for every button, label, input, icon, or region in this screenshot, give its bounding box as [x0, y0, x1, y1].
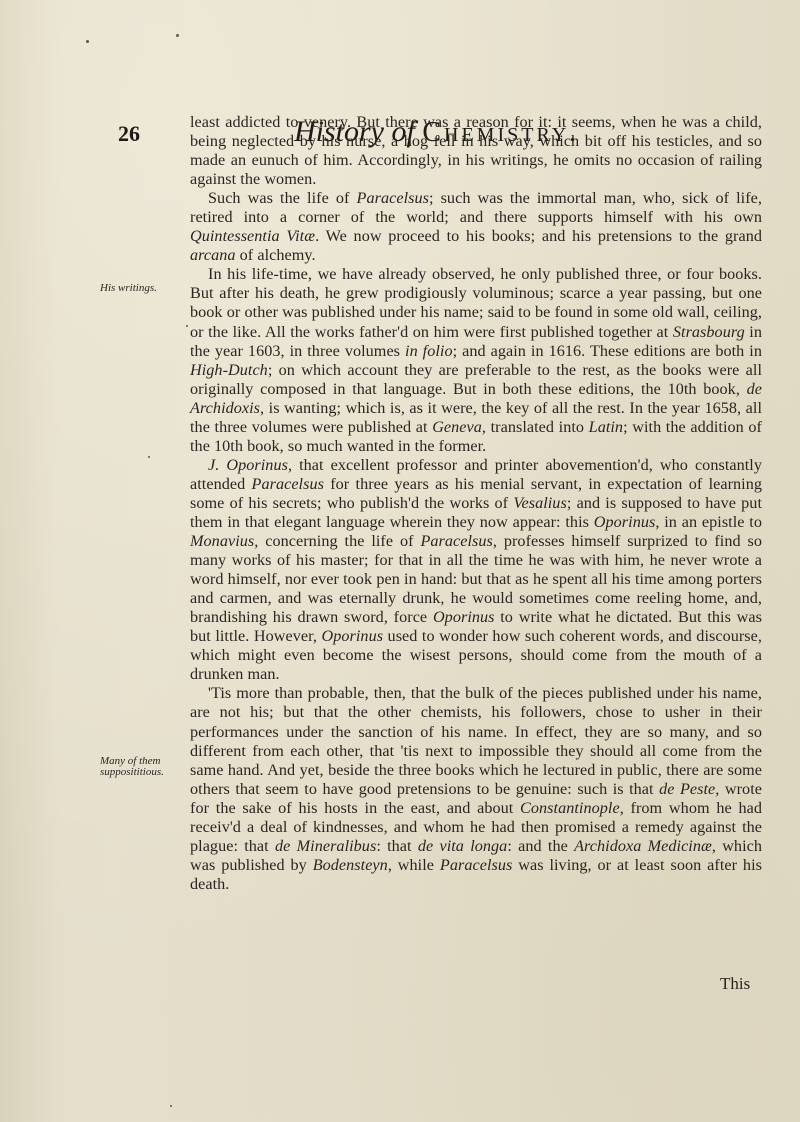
italic-text: de vita longa	[418, 837, 507, 855]
italic-text: Paracelsus	[252, 475, 324, 493]
paper-speck	[86, 40, 89, 43]
italic-text: de Mineralibus	[275, 837, 376, 855]
italic-text: Vesalius	[513, 494, 566, 512]
margin-note-his-writings: His writings.	[100, 283, 182, 294]
page-number: 26	[118, 121, 140, 147]
italic-text: Paracelsus	[440, 856, 512, 874]
text-run: , translated into	[482, 418, 589, 436]
text-run: ; and again in 1616. These editions are …	[453, 342, 762, 360]
italic-text: Quintessentia Vitæ	[190, 227, 315, 245]
italic-text: High-Dutch	[190, 361, 268, 379]
italic-text: Oporinus	[322, 627, 384, 645]
italic-text: Archidoxa Medicinæ	[574, 837, 712, 855]
italic-text: Latin	[589, 418, 623, 436]
text-run: : and the	[507, 837, 574, 855]
italic-text: Monavius	[190, 532, 254, 550]
italic-text: arcana	[190, 246, 236, 264]
paper-speck	[170, 1105, 172, 1107]
italic-text: de Peste	[659, 780, 715, 798]
text-run: , concerning the life of	[254, 532, 420, 550]
catchword: This	[720, 974, 750, 994]
margin-note-suppositious: Many of them supposititious.	[100, 756, 182, 778]
book-page: 26 History of Chemistry. His writings. M…	[0, 0, 800, 1122]
paper-speck	[186, 325, 188, 327]
italic-text: Paracelsus	[420, 532, 492, 550]
text-run: Such was the life of	[208, 189, 357, 207]
text-run: , while	[388, 856, 440, 874]
italic-text: Bodensteyn	[313, 856, 388, 874]
paragraph: least addicted to venery. But there was …	[190, 113, 762, 189]
text-run: , in an epistle to	[655, 513, 762, 531]
paragraph: In his life-time, we have already observ…	[190, 265, 762, 455]
italic-text: in folio	[405, 342, 453, 360]
italic-text: Constantinople	[520, 799, 620, 817]
text-run: ; on which account they are preferable t…	[190, 361, 762, 398]
paper-speck	[148, 456, 150, 458]
paragraph: Such was the life of Paracelsus; such wa…	[190, 189, 762, 265]
text-run: of alchemy.	[236, 246, 316, 264]
italic-text: Oporinus	[594, 513, 656, 531]
italic-text: Geneva	[432, 418, 482, 436]
paper-speck	[176, 34, 179, 37]
text-run: . We now proceed to his books; and his p…	[315, 227, 762, 245]
text-run: least addicted to venery. But there was …	[190, 113, 762, 188]
paragraph: J. Oporinus, that excellent professor an…	[190, 456, 762, 685]
paragraph: 'Tis more than probable, then, that the …	[190, 684, 762, 894]
italic-text: Oporinus	[433, 608, 495, 626]
text-run: : that	[376, 837, 418, 855]
italic-text: J. Oporinus	[208, 456, 288, 474]
italic-text: Paracelsus	[357, 189, 429, 207]
italic-text: Strasbourg	[673, 323, 745, 341]
body-text: least addicted to venery. But there was …	[190, 113, 762, 894]
